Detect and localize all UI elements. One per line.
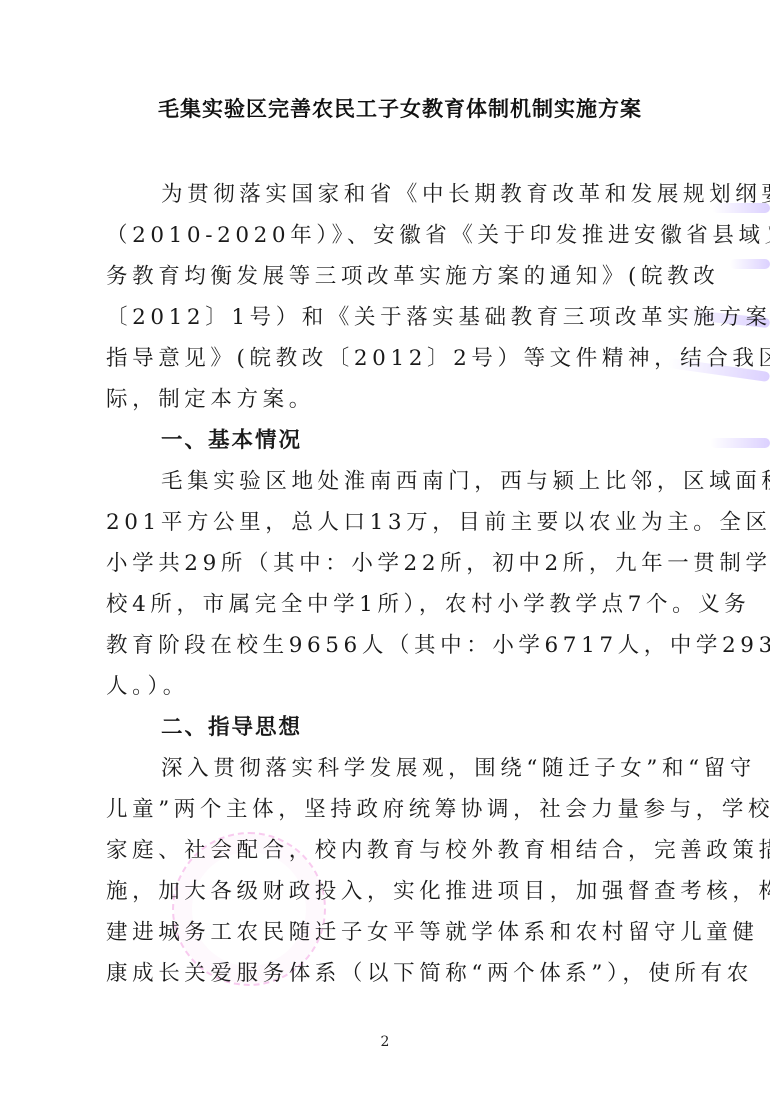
- page-number: 2: [0, 1034, 770, 1050]
- section-heading-basic-situation: 一、基本情况: [106, 420, 666, 461]
- paragraph-line: 际，制定本方案。: [106, 379, 666, 420]
- paragraph-line: 施，加大各级财政投入，实化推进项目，加强督查考核，构: [106, 871, 666, 912]
- scan-artifact: [710, 438, 770, 448]
- paragraph-line: 小学共29所（其中：小学22所，初中2所，九年一贯制学: [106, 543, 666, 584]
- paragraph-line: 教育阶段在校生9656人（其中：小学6717人，中学2939: [106, 625, 666, 666]
- paragraph-line: 为贯彻落实国家和省《中长期教育改革和发展规划纲要: [106, 174, 666, 215]
- paragraph-line: 201平方公里，总人口13万，目前主要以农业为主。全区中: [106, 502, 666, 543]
- paragraph-line: 家庭、社会配合，校内教育与校外教育相结合，完善政策措: [106, 830, 666, 871]
- paragraph-line: 毛集实验区地处淮南西南门，西与颍上比邻，区域面积: [106, 461, 666, 502]
- section-heading-guiding-ideology: 二、指导思想: [106, 707, 666, 748]
- paragraph-line: 人。）。: [106, 666, 666, 707]
- paragraph-line: 康成长关爱服务体系（以下简称“两个体系”），使所有农: [106, 953, 666, 994]
- paragraph-line: 务教育均衡发展等三项改革实施方案的通知》(皖教改: [106, 256, 666, 297]
- scanned-document-page: 毛集实验区完善农民工子女教育体制机制实施方案 为贯彻落实国家和省《中长期教育改革…: [0, 0, 770, 1099]
- paragraph-line: 指导意见》(皖教改〔2012〕2号）等文件精神，结合我区实: [106, 338, 666, 379]
- document-body: 为贯彻落实国家和省《中长期教育改革和发展规划纲要 （2010-2020年）》、安…: [106, 174, 666, 994]
- paragraph-line: （2010-2020年）》、安徽省《关于印发推进安徽省县域义: [106, 215, 666, 256]
- paragraph-line: 建进城务工农民随迁子女平等就学体系和农村留守儿童健: [106, 912, 666, 953]
- scan-artifact: [730, 259, 770, 269]
- document-title: 毛集实验区完善农民工子女教育体制机制实施方案: [0, 94, 770, 124]
- paragraph-line: 儿童”两个主体，坚持政府统筹协调，社会力量参与，学校、: [106, 789, 666, 830]
- paragraph-line: 校4所，市属完全中学1所），农村小学教学点7个。义务: [106, 584, 666, 625]
- paragraph-line: 深入贯彻落实科学发展观，围绕“随迁子女”和“留守: [106, 748, 666, 789]
- paragraph-line: 〔2012〕1号）和《关于落实基础教育三项改革实施方案的: [106, 297, 666, 338]
